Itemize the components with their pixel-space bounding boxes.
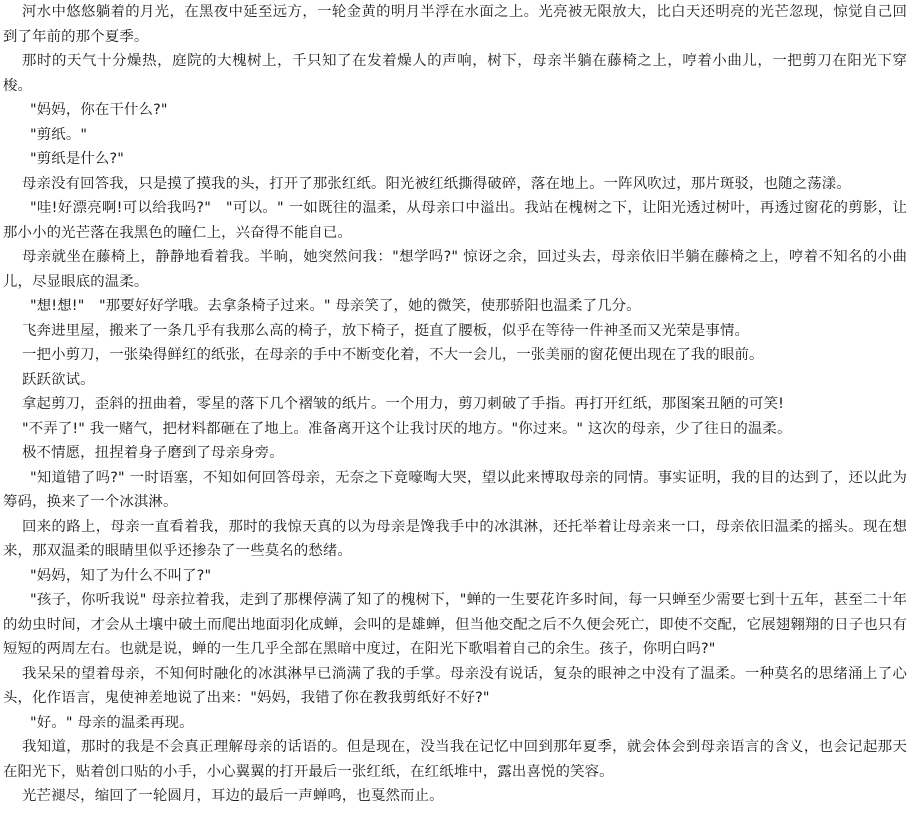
paragraph: 飞奔进里屋，搬来了一条几乎有我那么高的椅子，放下椅子，挺直了腰板，似乎在等待一件…: [3, 319, 907, 344]
paragraph: 拿起剪刀，歪斜的扭曲着，零星的落下几个褶皱的纸片。一个用力，剪刀刺破了手指。再打…: [3, 392, 907, 417]
essay-document: 河水中悠悠躺着的月光，在黑夜中延至远方，一轮金黄的明月半浮在水面之上。光亮被无限…: [0, 0, 910, 809]
paragraph: "知道错了吗?" 一时语塞，不知如何回答母亲，无奈之下竟嚎啕大哭，望以此来博取母…: [3, 466, 907, 515]
paragraph: "想!想!" "那要好好学哦。去拿条椅子过来。" 母亲笑了，她的微笑，使那骄阳也…: [3, 294, 907, 319]
dialogue-line: "剪纸是什么?": [3, 147, 907, 172]
dialogue-line: "剪纸。": [3, 123, 907, 148]
paragraph: 极不情愿，扭捏着身子磨到了母亲身旁。: [3, 441, 907, 466]
dialogue-line: "妈妈，你在干什么?": [3, 98, 907, 123]
paragraph: 河水中悠悠躺着的月光，在黑夜中延至远方，一轮金黄的明月半浮在水面之上。光亮被无限…: [3, 0, 907, 49]
paragraph: 一把小剪刀，一张染得鲜红的纸张，在母亲的手中不断变化着，不大一会儿，一张美丽的窗…: [3, 343, 907, 368]
paragraph: 我呆呆的望着母亲，不知何时融化的冰淇淋早已淌满了我的手掌。母亲没有说话，复杂的眼…: [3, 662, 907, 711]
paragraph: 那时的天气十分燥热，庭院的大槐树上，千只知了在发着燥人的声响，树下，母亲半躺在藤…: [3, 49, 907, 98]
paragraph: 母亲就坐在藤椅上，静静地看着我。半晌，她突然问我："想学吗?" 惊讶之余，回过头…: [3, 245, 907, 294]
paragraph: 跃跃欲试。: [3, 368, 907, 393]
paragraph: 我知道，那时的我是不会真正理解母亲的话语的。但是现在，没当我在记忆中回到那年夏季…: [3, 735, 907, 784]
paragraph: "哇!好漂亮啊!可以给我吗?" "可以。" 一如既往的温柔，从母亲口中溢出。我站…: [3, 196, 907, 245]
paragraph: "孩子，你听我说" 母亲拉着我，走到了那棵停满了知了的槐树下，"蝉的一生要花许多…: [3, 588, 907, 662]
paragraph: 光芒褪尽，缩回了一轮圆月，耳边的最后一声蝉鸣，也戛然而止。: [3, 784, 907, 809]
paragraph: "不弄了!" 我一赌气，把材料都砸在了地上。准备离开这个让我讨厌的地方。"你过来…: [3, 417, 907, 442]
dialogue-line: "好。" 母亲的温柔再现。: [3, 711, 907, 736]
paragraph: 回来的路上，母亲一直看着我，那时的我惊天真的以为母亲是馋我手中的冰淇淋，还托举着…: [3, 515, 907, 564]
dialogue-line: "妈妈，知了为什么不叫了?": [3, 564, 907, 589]
paragraph: 母亲没有回答我，只是摸了摸我的头，打开了那张红纸。阳光被红纸撕得破碎，落在地上。…: [3, 172, 907, 197]
